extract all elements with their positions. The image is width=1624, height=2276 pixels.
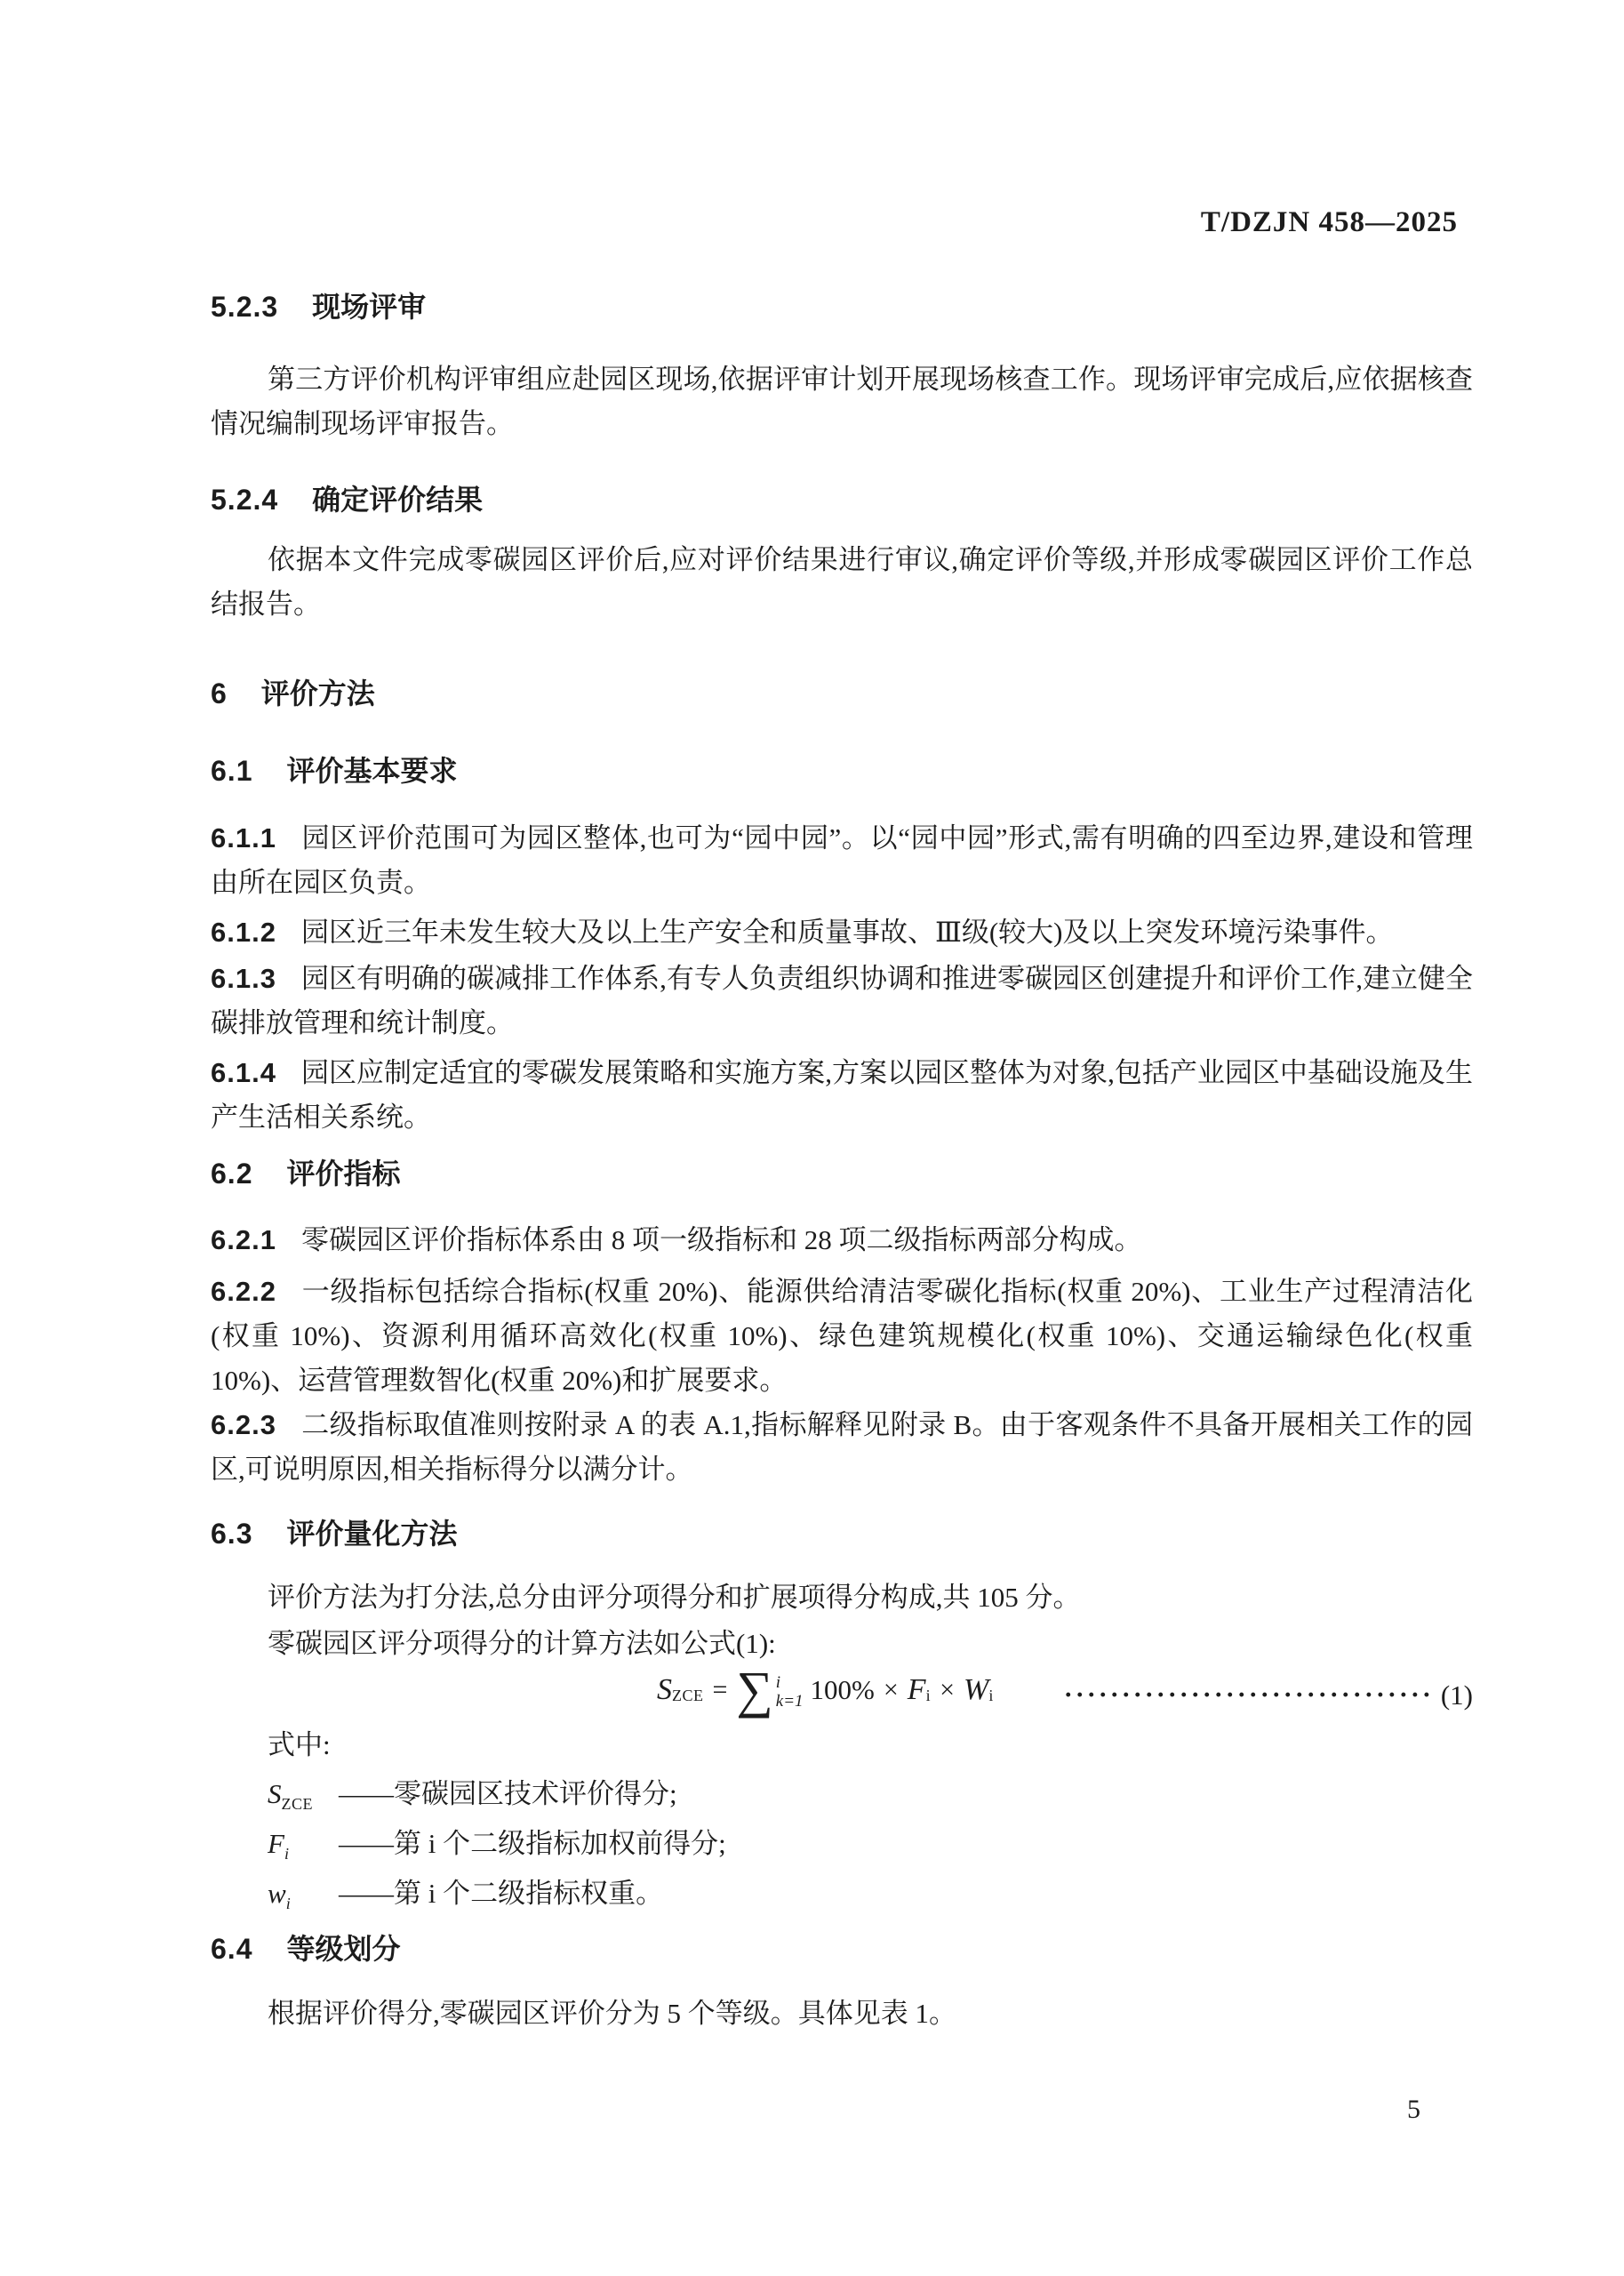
sum-upper-limit: i <box>776 1673 804 1692</box>
formula-expression: SZCE=∑ik=1100%×Fi×Wi <box>657 1664 994 1716</box>
clause-text: 零碳园区评价指标体系由 8 项一级指标和 28 项二级指标两部分构成。 <box>301 1224 1142 1255</box>
heading-5-2-3: 5.2.3现场评审 <box>211 289 1473 325</box>
symbol-description: ——第 i 个二级指标权重。 <box>339 1878 663 1909</box>
clause-title: 确定评价结果 <box>312 484 483 516</box>
clause-number: 5.2.4 <box>211 484 278 516</box>
clause-title: 评价方法 <box>261 677 375 709</box>
clause-text: 一级指标包括综合指标(权重 20%)、能源供给清洁零碳化指标(权重 20%)、工… <box>211 1276 1473 1396</box>
clause-6-2-2: 6.2.2一级指标包括综合指标(权重 20%)、能源供给清洁零碳化指标(权重 2… <box>211 1270 1473 1403</box>
clause-number: 6.2.3 <box>211 1409 276 1440</box>
sum-limits: ik=1 <box>776 1673 804 1711</box>
symbol-letter: S <box>268 1778 282 1809</box>
symbol-subscript: i <box>286 1895 292 1912</box>
clause-6-1-2: 6.1.2园区近三年未发生较大及以上生产安全和质量事故、Ⅲ级(较大)及以上突发环… <box>211 910 1473 955</box>
clause-text: 园区近三年未发生较大及以上生产安全和质量事故、Ⅲ级(较大)及以上突发环境污染事件… <box>301 917 1394 948</box>
multiply-sign: × <box>940 1668 955 1712</box>
symbol: SZCE <box>268 1775 339 1823</box>
heading-6-3: 6.3评价量化方法 <box>211 1516 1473 1551</box>
clause-text: 园区应制定适宜的零碳发展策略和实施方案,方案以园区整体为对象,包括产业园区中基础… <box>211 1057 1473 1133</box>
symbol-w: W <box>964 1668 988 1712</box>
symbol-w-subscript: i <box>988 1673 994 1718</box>
clause-number: 6.3 <box>211 1518 252 1550</box>
clause-text: 园区评价范围可为园区整体,也可为“园中园”。以“园中园”形式,需有明确的四至边界… <box>211 822 1473 898</box>
equals-sign: = <box>713 1668 728 1712</box>
clause-6-2-1: 6.2.1零碳园区评价指标体系由 8 项一级指标和 28 项二级指标两部分构成。 <box>211 1218 1473 1262</box>
clause-6-2-3: 6.2.3二级指标取值准则按附录 A 的表 A.1,指标解释见附录 B。由于客观… <box>211 1403 1473 1492</box>
where-label: 式中: <box>268 1723 1468 1767</box>
page-number: 5 <box>1407 2095 1420 2125</box>
paragraph-5-2-3: 第三方评价机构评审组应赴园区现场,依据评审计划开展现场核查工作。现场评审完成后,… <box>211 357 1473 446</box>
heading-6-2: 6.2评价指标 <box>211 1156 1473 1191</box>
clause-text: 园区有明确的碳减排工作体系,有专人负责组织协调和推进零碳园区创建提升和评价工作,… <box>211 963 1473 1038</box>
symbol-definition-szce: SZCE——零碳园区技术评价得分; <box>268 1775 1468 1823</box>
symbol-f: F <box>908 1668 926 1712</box>
clause-number: 6.2.2 <box>211 1276 276 1307</box>
paragraph-6-4: 根据评价得分,零碳园区评价分为 5 个等级。具体见表 1。 <box>211 1991 1473 2036</box>
paragraph-5-2-4: 依据本文件完成零碳园区评价后,应对评价结果进行审议,确定评价等级,并形成零碳园区… <box>211 538 1473 627</box>
formula-number: (1) <box>1441 1673 1473 1718</box>
clause-number: 6.2.1 <box>211 1224 276 1255</box>
clause-title: 等级划分 <box>286 1933 400 1965</box>
clause-number: 6.1.2 <box>211 917 276 948</box>
heading-6-1: 6.1评价基本要求 <box>211 753 1473 789</box>
symbol-subscript: ZCE <box>282 1795 314 1813</box>
percent-term: 100% <box>811 1668 875 1712</box>
multiply-sign: × <box>884 1668 899 1712</box>
symbol: Fi <box>268 1824 339 1873</box>
paragraph-6-3-scoring: 评价方法为打分法,总分由评分项得分和扩展项得分构成,共 105 分。 <box>211 1575 1473 1620</box>
clause-number: 5.2.3 <box>211 291 278 323</box>
clause-number: 6.1 <box>211 755 252 787</box>
symbol-definition-fi: Fi——第 i 个二级指标加权前得分; <box>268 1824 1468 1873</box>
formula-leader: ································(1) <box>1064 1673 1473 1718</box>
clause-6-1-4: 6.1.4园区应制定适宜的零碳发展策略和实施方案,方案以园区整体为对象,包括产业… <box>211 1051 1473 1140</box>
clause-6-1-1: 6.1.1园区评价范围可为园区整体,也可为“园中园”。以“园中园”形式,需有明确… <box>211 816 1473 905</box>
symbol-letter: F <box>268 1828 284 1859</box>
symbol-description: ——第 i 个二级指标加权前得分; <box>339 1828 726 1859</box>
symbol-letter: w <box>268 1878 286 1909</box>
symbol-subscript: i <box>284 1845 290 1863</box>
symbol-s-subscript: ZCE <box>672 1673 704 1718</box>
heading-6: 6评价方法 <box>211 676 1473 711</box>
sum-lower-limit: k=1 <box>776 1692 804 1711</box>
symbol: wi <box>268 1874 339 1923</box>
clause-title: 现场评审 <box>312 291 426 323</box>
symbol-definition-wi: wi——第 i 个二级指标权重。 <box>268 1874 1468 1923</box>
clause-number: 6.1.3 <box>211 963 276 994</box>
clause-title: 评价量化方法 <box>286 1518 457 1550</box>
dotted-leader: ································ <box>1064 1673 1434 1718</box>
clause-number: 6.2 <box>211 1158 252 1190</box>
clause-number: 6.1.1 <box>211 822 276 853</box>
document-page: T/DZJN 458—2025 5.2.3现场评审 第三方评价机构评审组应赴园区… <box>0 0 1624 2276</box>
clause-number: 6 <box>211 677 228 709</box>
clause-6-1-3: 6.1.3园区有明确的碳减排工作体系,有专人负责组织协调和推进零碳园区创建提升和… <box>211 957 1473 1046</box>
clause-number: 6.4 <box>211 1933 252 1965</box>
doc-number: T/DZJN 458—2025 <box>1201 206 1458 239</box>
sigma-sum-symbol: ∑ <box>736 1664 772 1716</box>
heading-6-4: 6.4等级划分 <box>211 1931 1473 1967</box>
clause-number: 6.1.4 <box>211 1057 276 1088</box>
heading-5-2-4: 5.2.4确定评价结果 <box>211 482 1473 517</box>
symbol-s: S <box>657 1668 672 1712</box>
symbol-description: ——零碳园区技术评价得分; <box>339 1778 677 1809</box>
clause-title: 评价基本要求 <box>286 755 457 787</box>
clause-title: 评价指标 <box>286 1158 400 1190</box>
clause-text: 二级指标取值准则按附录 A 的表 A.1,指标解释见附录 B。由于客观条件不具备… <box>211 1409 1473 1485</box>
symbol-f-subscript: i <box>926 1673 932 1718</box>
